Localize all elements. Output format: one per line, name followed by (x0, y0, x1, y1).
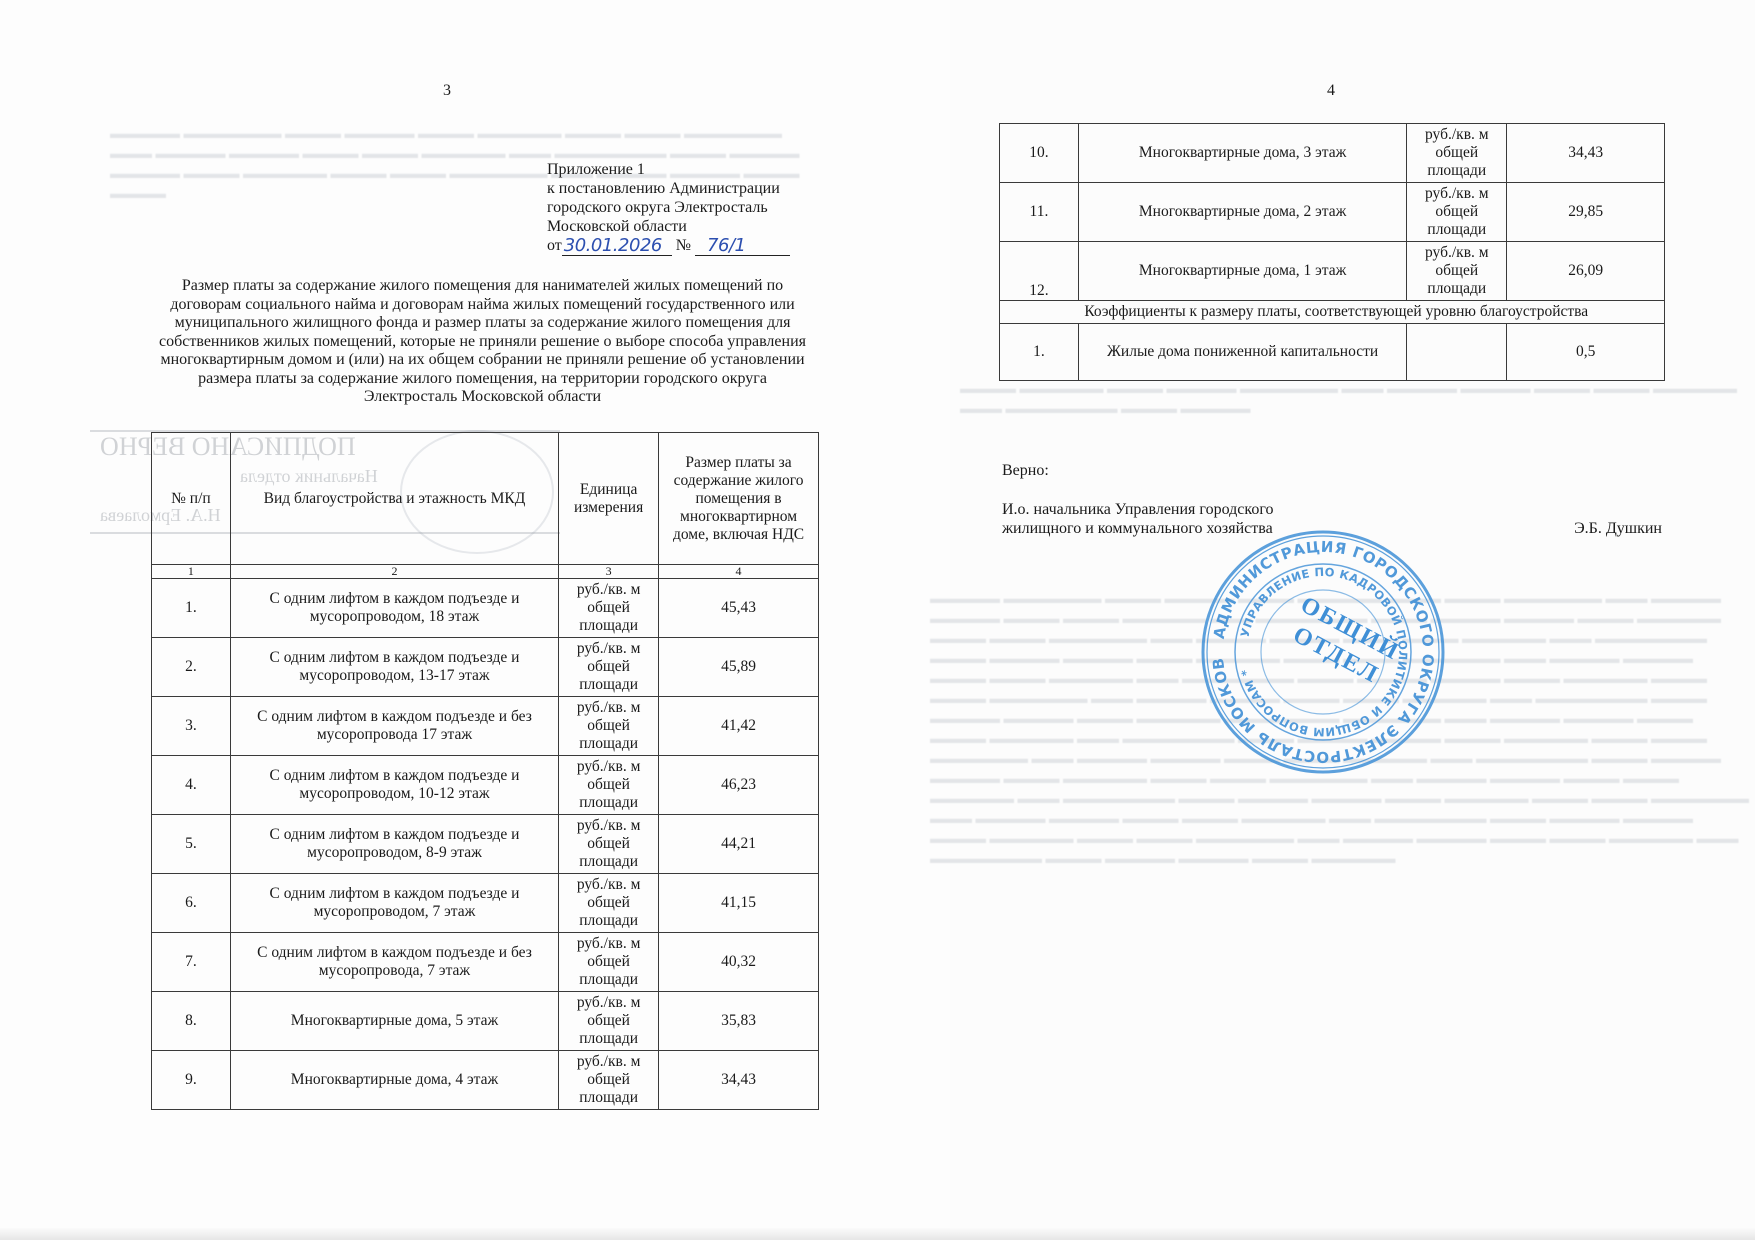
row-number: 9. (152, 1051, 231, 1110)
column-index: 2 (230, 565, 558, 579)
section-empty-cell (1000, 301, 1079, 324)
row-unit: руб./кв. м общей площади (559, 1051, 659, 1110)
column-index: 1 (152, 565, 231, 579)
row-unit: руб./кв. м общей площади (1407, 183, 1507, 242)
row-number: 12. (1000, 242, 1079, 301)
row-unit: руб./кв. м общей площади (559, 638, 659, 697)
table-row: 8.Многоквартирные дома, 5 этажруб./кв. м… (152, 992, 819, 1051)
table-row: 7.С одним лифтом в каждом подъезде и без… (152, 933, 819, 992)
row-building-type: С одним лифтом в каждом подъезде и мусор… (230, 815, 558, 874)
column-index-row: 1 2 3 4 (152, 565, 819, 579)
document-title: Размер платы за содержание жилого помеще… (150, 277, 815, 407)
section-title: Коэффициенты к размеру платы, соответств… (1078, 301, 1664, 324)
table-row: 11.Многоквартирные дома, 2 этажруб./кв. … (1000, 183, 1665, 242)
annex-line-1: Приложение 1 (547, 160, 790, 179)
row-building-type: Многоквартирные дома, 2 этаж (1078, 183, 1406, 242)
table-row: 1.С одним лифтом в каждом подъезде и мус… (152, 579, 819, 638)
row-building-type: Многоквартирные дома, 1 этаж (1078, 242, 1406, 301)
signer-name: Э.Б. Душкин (1574, 519, 1662, 538)
annex-line-4: Московской области (547, 217, 790, 236)
row-building-type: Многоквартирные дома, 4 этаж (230, 1051, 558, 1110)
table-header-row: № п/п Вид благоустройства и этажность МК… (152, 433, 819, 565)
row-unit: руб./кв. м общей площади (1407, 242, 1507, 301)
row-rate-value: 26,09 (1507, 242, 1665, 301)
row-unit: руб./кв. м общей площади (559, 992, 659, 1051)
row-unit: руб./кв. м общей площади (559, 697, 659, 756)
row-number: 11. (1000, 183, 1079, 242)
row-number: 2. (152, 638, 231, 697)
row-number: 7. (152, 933, 231, 992)
row-number: 1. (152, 579, 231, 638)
annex-line-2: к постановлению Администрации (547, 179, 790, 198)
row-building-type: С одним лифтом в каждом подъезде и мусор… (230, 579, 558, 638)
scan-bottom-edge (0, 1228, 1755, 1240)
table-row: 6.С одним лифтом в каждом подъезде и мус… (152, 874, 819, 933)
row-number: 5. (152, 815, 231, 874)
number-field: 76/1 (695, 236, 790, 256)
page-number: 3 (443, 82, 451, 100)
row-unit (1407, 324, 1507, 381)
column-index: 3 (559, 565, 659, 579)
row-building-type: С одним лифтом в каждом подъезде и без м… (230, 697, 558, 756)
handwritten-date: 30.01.2026 (564, 236, 662, 255)
row-rate-value: 45,43 (659, 579, 819, 638)
row-rate-value: 34,43 (1507, 124, 1665, 183)
number-label: № (676, 237, 691, 254)
header-value: Размер платы за содержание жилого помеще… (659, 433, 819, 565)
section-header-row: Коэффициенты к размеру платы, соответств… (1000, 301, 1665, 324)
row-rate-value: 34,43 (659, 1051, 819, 1110)
official-seal: АДМИНИСТРАЦИЯ ГОРОДСКОГО ОКРУГА ЭЛЕКТРОС… (1198, 527, 1448, 777)
table-row: 4.С одним лифтом в каждом подъезде и мус… (152, 756, 819, 815)
row-number: 3. (152, 697, 231, 756)
row-rate-value: 41,15 (659, 874, 819, 933)
coefficient-row: 1.Жилые дома пониженной капитальности0,5 (1000, 324, 1665, 381)
column-index: 4 (659, 565, 819, 579)
row-building-type: С одним лифтом в каждом подъезде и мусор… (230, 638, 558, 697)
row-unit: руб./кв. м общей площади (559, 874, 659, 933)
row-unit: руб./кв. м общей площади (559, 756, 659, 815)
table-row: 9.Многоквартирные дома, 4 этажруб./кв. м… (152, 1051, 819, 1110)
row-building-type: С одним лифтом в каждом подъезде и мусор… (230, 874, 558, 933)
table-row: 2.С одним лифтом в каждом подъезде и мус… (152, 638, 819, 697)
row-building-type: С одним лифтом в каждом подъезде и без м… (230, 933, 558, 992)
date-prefix: от (547, 237, 562, 254)
row-rate-value: 44,21 (659, 815, 819, 874)
table-row: 12.Многоквартирные дома, 1 этажруб./кв. … (1000, 242, 1665, 301)
row-building-type: С одним лифтом в каждом подъезде и мусор… (230, 756, 558, 815)
row-building-type: Жилые дома пониженной капитальности (1078, 324, 1406, 381)
annex-header: Приложение 1 к постановлению Администрац… (547, 160, 790, 256)
table-row: 3.С одним лифтом в каждом подъезде и без… (152, 697, 819, 756)
row-rate-value: 29,85 (1507, 183, 1665, 242)
page-3: ▬▬▬▬▬ ▬▬▬▬▬▬▬ ▬▬▬▬ ▬▬▬▬▬ ▬▬▬▬ ▬▬▬▬▬▬ ▬▬▬… (0, 0, 950, 1240)
annex-line-3: городского округа Электросталь (547, 198, 790, 217)
row-rate-value: 35,83 (659, 992, 819, 1051)
row-rate-value: 45,89 (659, 638, 819, 697)
annex-date-line: от30.01.2026 № 76/1 (547, 236, 790, 256)
table-row: 5.С одним лифтом в каждом подъезде и мус… (152, 815, 819, 874)
bleed-through-text: ▬▬▬▬ ▬▬▬▬▬▬ ▬▬▬▬ ▬▬▬▬▬ ▬▬▬▬▬▬▬ ▬▬▬ ▬▬▬▬▬… (960, 380, 1750, 460)
table-row: 10.Многоквартирные дома, 3 этажруб./кв. … (1000, 124, 1665, 183)
header-number: № п/п (152, 433, 231, 565)
row-number: 1. (1000, 324, 1079, 381)
signer-position-line-1: И.о. начальника Управления городского (1002, 500, 1662, 519)
rates-table: № п/п Вид благоустройства и этажность МК… (151, 432, 819, 1110)
row-building-type: Многоквартирные дома, 5 этаж (230, 992, 558, 1051)
row-number: 6. (152, 874, 231, 933)
page-number: 4 (1327, 82, 1335, 100)
row-unit: руб./кв. м общей площади (559, 933, 659, 992)
row-rate-value: 40,32 (659, 933, 819, 992)
document-spread: ▬▬▬▬▬ ▬▬▬▬▬▬▬ ▬▬▬▬ ▬▬▬▬▬ ▬▬▬▬ ▬▬▬▬▬▬ ▬▬▬… (0, 0, 1755, 1240)
row-building-type: Многоквартирные дома, 3 этаж (1078, 124, 1406, 183)
row-rate-value: 41,42 (659, 697, 819, 756)
row-rate-value: 46,23 (659, 756, 819, 815)
row-unit: руб./кв. м общей площади (1407, 124, 1507, 183)
row-number: 10. (1000, 124, 1079, 183)
row-number: 4. (152, 756, 231, 815)
handwritten-number: 76/1 (707, 236, 745, 255)
rates-table-continued: 10.Многоквартирные дома, 3 этажруб./кв. … (999, 123, 1665, 381)
verified-label: Верно: (1002, 462, 1049, 480)
header-type: Вид благоустройства и этажность МКД (230, 433, 558, 565)
row-unit: руб./кв. м общей площади (559, 579, 659, 638)
date-field: 30.01.2026 (562, 236, 672, 256)
header-unit: Единица измерения (559, 433, 659, 565)
row-coefficient-value: 0,5 (1507, 324, 1665, 381)
row-number: 8. (152, 992, 231, 1051)
row-unit: руб./кв. м общей площади (559, 815, 659, 874)
